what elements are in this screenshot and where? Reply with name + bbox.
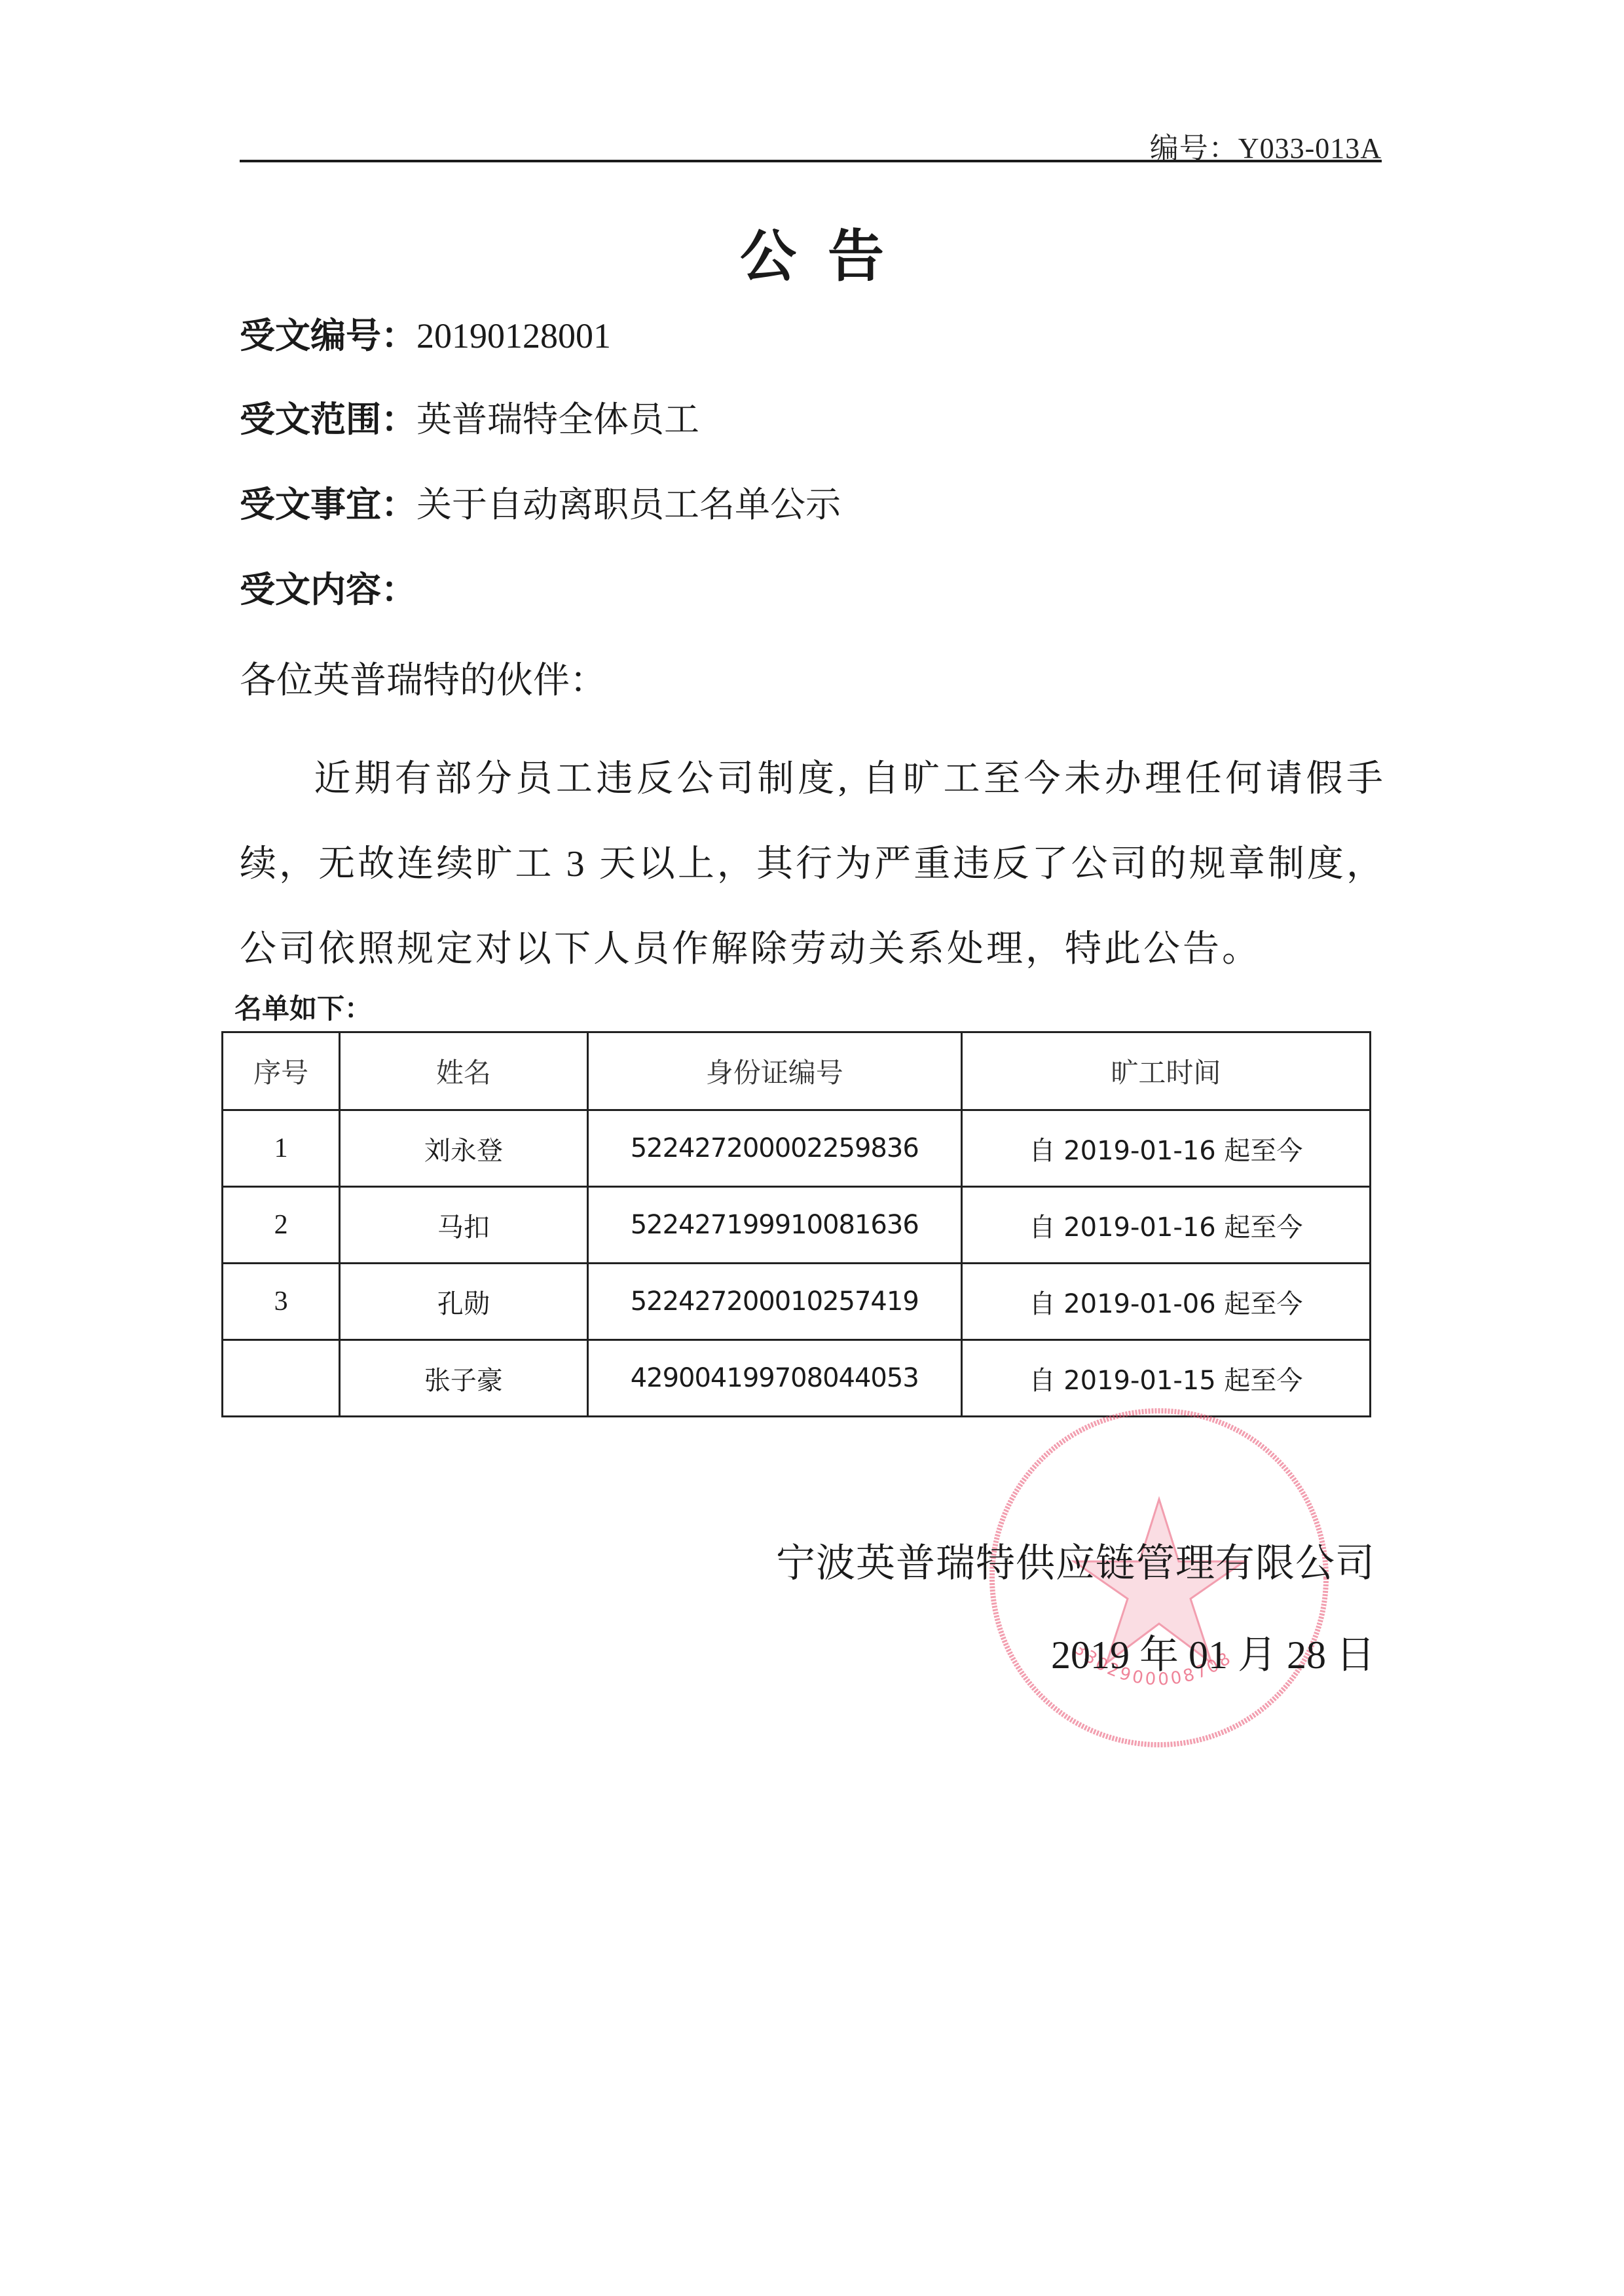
field-content: 受文内容： <box>240 562 416 612</box>
field-document-number: 受文编号：20190128001 <box>240 308 611 358</box>
cell-name: 刘永登 <box>340 1110 587 1187</box>
roster-table: 序号 姓名 身份证编号 旷工时间 1 刘永登 52242720000225983… <box>221 1031 1371 1417</box>
field-label: 受文事宜： <box>240 484 416 525</box>
list-label: 名单如下： <box>234 987 372 1027</box>
header-name: 姓名 <box>340 1032 587 1110</box>
field-label: 受文范围： <box>240 399 416 440</box>
cell-name: 张子豪 <box>340 1340 587 1417</box>
body-text: 近期有部分员工违反公司制度, 自旷工至今未办理任何请假手续，无故连续旷工 3 天… <box>240 759 1386 970</box>
signature-date: 2019 年 01 月 28 日 <box>1051 1624 1375 1680</box>
cell-id: 522427200010257419 <box>587 1264 961 1340</box>
cell-no <box>223 1340 340 1417</box>
cell-period: 自 2019-01-16 起至今 <box>961 1187 1370 1264</box>
cell-name: 马扣 <box>340 1187 587 1264</box>
field-scope: 受文范围：英普瑞特全体员工 <box>240 392 699 442</box>
company-name: 宁波英普瑞特供应链管理有限公司 <box>776 1532 1375 1588</box>
table-row: 2 马扣 522427199910081636 自 2019-01-16 起至今 <box>223 1187 1371 1264</box>
cell-id: 429004199708044053 <box>587 1340 961 1417</box>
cell-period: 自 2019-01-16 起至今 <box>961 1110 1370 1187</box>
header-id: 身份证编号 <box>587 1032 961 1110</box>
body-paragraph: 近期有部分员工违反公司制度, 自旷工至今未办理任何请假手续，无故连续旷工 3 天… <box>240 737 1386 992</box>
cell-id: 522427200002259836 <box>587 1110 961 1187</box>
cell-no: 1 <box>223 1110 340 1187</box>
field-label: 受文内容： <box>240 569 416 610</box>
cell-no: 3 <box>223 1264 340 1340</box>
cell-id: 522427199910081636 <box>587 1187 961 1264</box>
field-value: 关于自动离职员工名单公示 <box>416 485 841 524</box>
field-value: 英普瑞特全体员工 <box>416 400 699 439</box>
cell-name: 孔勋 <box>340 1264 587 1340</box>
header-period: 旷工时间 <box>961 1032 1370 1110</box>
cell-no: 2 <box>223 1187 340 1264</box>
field-label: 受文编号： <box>240 315 416 356</box>
cell-period: 自 2019-01-06 起至今 <box>961 1264 1370 1340</box>
table-row: 3 孔勋 522427200010257419 自 2019-01-06 起至今 <box>223 1264 1371 1340</box>
field-subject: 受文事宜：关于自动离职员工名单公示 <box>240 477 841 527</box>
page-title: 公告 <box>0 211 1624 292</box>
table-header-row: 序号 姓名 身份证编号 旷工时间 <box>223 1032 1371 1110</box>
table-row: 1 刘永登 522427200002259836 自 2019-01-16 起至… <box>223 1110 1371 1187</box>
header-rule <box>240 160 1382 162</box>
field-value: 20190128001 <box>416 316 611 355</box>
greeting: 各位英普瑞特的伙伴： <box>240 651 606 704</box>
header-no: 序号 <box>223 1032 340 1110</box>
